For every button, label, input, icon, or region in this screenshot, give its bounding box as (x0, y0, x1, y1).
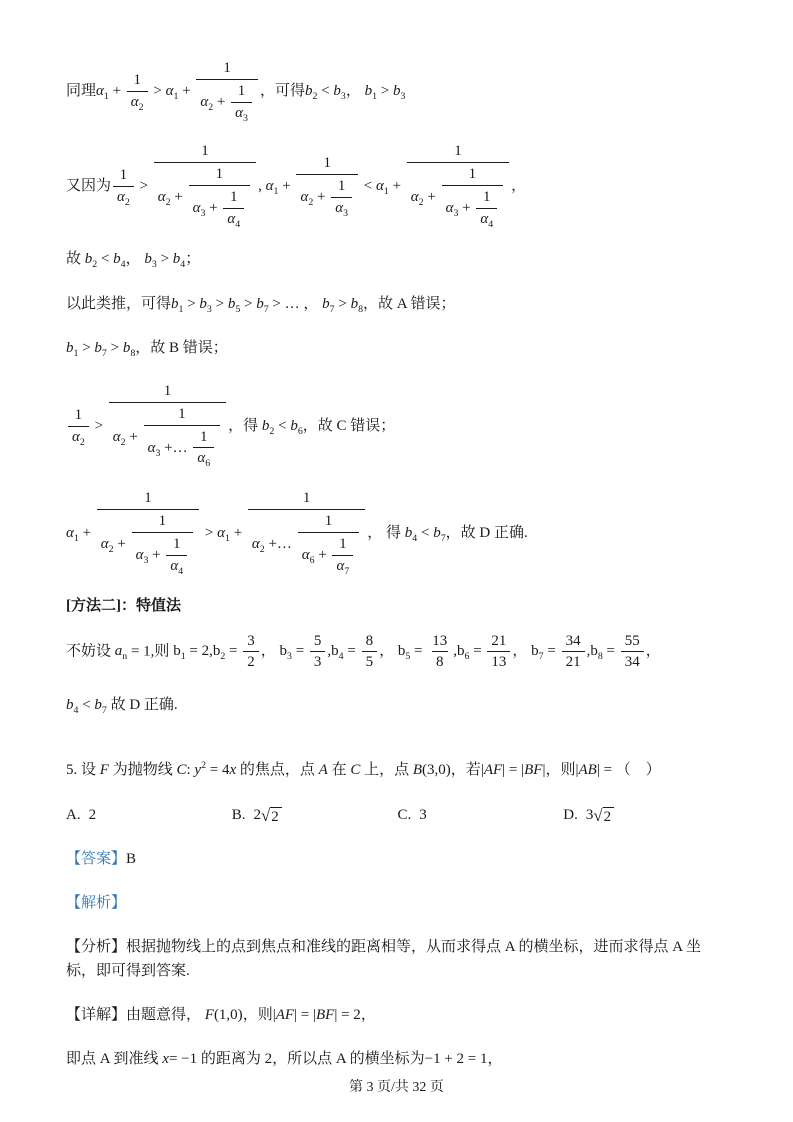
math-text: 2 (604, 809, 612, 825)
math-var: α1 (66, 525, 79, 541)
math-text: > (201, 525, 217, 541)
fraction-numerator: 1 (71, 405, 87, 426)
line-youyinwei: 又因为1α2 > 1α2 + 1α3 + 1α4, α1 + 1α2 + 1α3… (66, 141, 729, 232)
math-var: BF (524, 762, 542, 778)
var-letter: α (376, 178, 384, 194)
var-subscript: 3 (243, 112, 248, 123)
fraction-numerator: 1 (299, 488, 315, 509)
math-var: b3 (199, 296, 211, 312)
math-text: + (458, 199, 474, 218)
fraction-denominator: α2 + 1α3 + 1α4 (154, 162, 256, 232)
math-text: > (91, 418, 107, 434)
math-var: α3 (148, 439, 161, 459)
var-letter: α (252, 536, 260, 552)
math-var: b3 (393, 83, 405, 99)
math-formula: b7 > b8 (322, 296, 363, 312)
text-run: （ ） (612, 762, 661, 778)
text-run: ，故 C 错误； (303, 418, 396, 434)
math-text: 5 (366, 653, 374, 672)
var-subscript: 3 (343, 208, 348, 219)
fraction-denominator: α3 + 1α4 (189, 185, 251, 232)
math-text: > (377, 83, 393, 99)
text-run: ，可得 (260, 83, 305, 99)
math-fraction: 85 (362, 631, 378, 674)
text-run: ， (488, 1051, 503, 1067)
line-tezhi: 不妨设 an = 1,则 b1 = 2,b2 = 32， b3 = 53,b4 … (66, 631, 729, 674)
var-letter: AF (276, 1007, 294, 1023)
var-letter: x (162, 1051, 169, 1067)
math-var: b2 (305, 83, 317, 99)
fraction-numerator: 1 (160, 381, 176, 402)
math-formula: 1α2 > 1α2 + 1α3 + 1α4, α1 + 1α2 + 1α3 < … (111, 178, 526, 194)
math-formula: an = 1, (115, 643, 155, 659)
text-run: 不妨设 (66, 643, 115, 659)
fraction-numerator: 1 (335, 534, 351, 555)
math-text: + (171, 188, 187, 207)
math-var: C (176, 762, 186, 778)
text-run: 故 D 正确. (107, 697, 178, 713)
math-formula: |AB| = (575, 762, 612, 778)
math-var: b2 (213, 643, 225, 659)
var-letter: α (302, 547, 310, 563)
var-letter: A (319, 762, 328, 778)
math-var: α1 (166, 83, 179, 99)
math-text: ， (261, 643, 280, 659)
var-letter: b (199, 296, 207, 312)
math-var: α7 (336, 557, 349, 577)
text-run: 又因为 (66, 178, 111, 194)
math-text: 1 (159, 512, 167, 531)
math-var: b3 (280, 643, 292, 659)
fraction-numerator: 1 (226, 187, 242, 208)
math-text: 1 (338, 177, 346, 196)
math-var: α1 (376, 178, 389, 194)
math-text: = 1, (127, 643, 154, 659)
fraction-numerator: 21 (487, 631, 510, 652)
math-text: 3 (247, 632, 255, 651)
var-letter: F (100, 762, 109, 778)
option-A: A.2 (66, 804, 232, 827)
math-var: α4 (227, 210, 240, 230)
fraction-denominator: α2 (127, 91, 148, 114)
math-text: +… (160, 439, 191, 458)
math-text: < (360, 178, 376, 194)
math-text: 2 (254, 807, 262, 823)
math-var: α2 (117, 188, 130, 208)
math-text: + (313, 188, 329, 207)
var-subscript: 4 (235, 219, 240, 230)
var-letter: C (176, 762, 186, 778)
math-formula: C: y2 = 4x (176, 762, 236, 778)
math-text: > (183, 296, 199, 312)
text-run: ，得 (228, 418, 262, 434)
math-var: b1 (66, 340, 78, 356)
math-var: B (413, 762, 422, 778)
fraction-denominator: α4 (223, 208, 244, 231)
fraction-numerator: 1 (129, 70, 145, 91)
math-fraction: 2113 (487, 631, 510, 674)
line-tongli: 同理α1 + 1α2 > α1 + 1α2 + 1α3，可得b2 < b3， b… (66, 58, 729, 125)
option-label: C. (398, 807, 412, 823)
math-fraction: 5534 (621, 631, 644, 674)
math-fraction: 1α3 + 1α4 (189, 164, 251, 231)
math-fraction: 32 (243, 631, 259, 674)
math-text: ， (379, 643, 398, 659)
math-var: α1 (266, 178, 279, 194)
text-run: 为抛物线 (109, 762, 177, 778)
var-letter: b (590, 643, 598, 659)
fraction-denominator: α2 + 1α3 (296, 174, 358, 221)
fraction-numerator: 1 (321, 511, 337, 532)
var-letter: b (94, 340, 102, 356)
math-text: 8 (436, 653, 444, 672)
radicand: 2 (603, 807, 615, 826)
math-text: + (114, 535, 130, 554)
math-text: 3 (419, 807, 427, 823)
math-var: b4 (331, 643, 343, 659)
fraction-numerator: 1 (140, 488, 156, 509)
math-fraction: 1α6 (193, 427, 214, 471)
math-text: (1,0) (214, 1007, 243, 1023)
var-letter: α (113, 429, 121, 445)
option-label: A. (66, 807, 81, 823)
math-text: + (424, 188, 440, 207)
math-text: = −1 (169, 1051, 197, 1067)
math-var: y2 (194, 762, 206, 778)
math-formula: |AF| = |BF| (481, 762, 546, 778)
math-fraction: 1α2 (127, 70, 148, 114)
math-text: 1 (120, 166, 128, 185)
math-text: 1 (339, 535, 347, 554)
math-text: + (126, 428, 142, 447)
option-value: 2 (89, 807, 97, 823)
fraction-denominator: α2 + 1α3 (196, 79, 258, 126)
fraction-numerator: 3 (243, 631, 259, 652)
math-var: b6 (457, 643, 469, 659)
math-text: 3 (314, 653, 322, 672)
math-text: 1 (324, 154, 332, 173)
math-fraction: 3421 (562, 631, 585, 674)
math-var: b2 (262, 418, 274, 434)
var-letter: α (411, 189, 419, 205)
math-var: b6 (290, 418, 302, 434)
option-B: B.2√2 (232, 804, 398, 827)
math-text: 55 (625, 632, 640, 651)
math-text: 34 (625, 653, 640, 672)
math-var: b7 (94, 340, 106, 356)
math-text: 2 (247, 653, 255, 672)
text-run: 则 (154, 643, 173, 659)
math-text: 1 (216, 165, 224, 184)
math-var: F (205, 1007, 214, 1023)
math-var: b5 (228, 296, 240, 312)
math-text: + (315, 546, 331, 565)
fraction-denominator: α6 + 1α7 (298, 532, 360, 579)
fraction-numerator: 1 (197, 141, 213, 162)
math-fraction: 1α4 (223, 187, 244, 231)
math-text: +… (265, 535, 296, 554)
math-text: 34 (566, 632, 581, 651)
math-text: | = 2 (334, 1007, 360, 1023)
math-formula: |AF| = |BF| = 2 (273, 1007, 361, 1023)
text-run: 【解析】 (66, 895, 126, 911)
text-run: 【答案】 (66, 851, 126, 867)
line-b1b7b8: b1 > b7 > b8，故 B 错误； (66, 337, 729, 360)
text-run: 同理 (66, 83, 96, 99)
math-var: b3 (144, 251, 156, 267)
math-text: = (410, 643, 426, 659)
math-var: α6 (302, 546, 315, 566)
text-run: ，则 (545, 762, 575, 778)
math-text: ， (512, 643, 531, 659)
math-var: b1 (171, 296, 183, 312)
line-c-formula: 1α2 > 1α2 + 1α3 +… 1α6，得 b2 < b6，故 C 错误； (66, 381, 729, 472)
var-letter: AF (484, 762, 502, 778)
math-text: 21 (491, 632, 506, 651)
var-subscript: 2 (80, 437, 85, 448)
math-formula: b4 < b7 (405, 525, 446, 541)
math-var: α4 (480, 210, 493, 230)
line-yicileitui: 以此类推，可得b1 > b3 > b5 > b7 > … ， b7 > b8，故… (66, 293, 729, 316)
fraction-numerator: 1 (155, 511, 171, 532)
math-var: α3 (136, 546, 149, 566)
fraction-denominator: α3 + 1α4 (132, 532, 194, 579)
var-letter: α (66, 525, 74, 541)
fraction-denominator: α3 (331, 197, 352, 220)
math-formula: b3 > b4 (144, 251, 185, 267)
math-text: + (79, 525, 95, 541)
var-letter: α (72, 429, 80, 445)
math-text: = 4 (206, 762, 229, 778)
line-xiangjie: 【详解】由题意得， F(1,0)，则|AF| = |BF| = 2， (66, 1004, 729, 1027)
math-var: AF (276, 1007, 294, 1023)
fraction-denominator: α6 (193, 447, 214, 470)
math-text: ， (646, 643, 661, 659)
fraction-numerator: 1 (212, 164, 228, 185)
math-text: + (230, 525, 246, 541)
math-var: α2 (252, 535, 265, 555)
math-fraction: 1α4 (166, 534, 187, 578)
var-subscript: 4 (488, 219, 493, 230)
math-text: 8 (366, 632, 374, 651)
var-subscript: 7 (344, 566, 349, 577)
fraction-denominator: 13 (487, 651, 510, 673)
math-formula: b1 > b3 (365, 83, 406, 99)
text-run: ，若 (451, 762, 481, 778)
math-text: + (213, 93, 229, 112)
math-var: b8 (590, 643, 602, 659)
var-letter: b (144, 251, 152, 267)
math-text: , (258, 178, 266, 194)
math-formula: −1 + 2 = 1 (425, 1051, 488, 1067)
math-text: + (389, 178, 405, 194)
fraction-denominator: α2 + 1α3 + 1α4 (407, 162, 509, 232)
line-jiexi: 【解析】 (66, 892, 729, 915)
text-run: ， (300, 296, 323, 312)
math-var: α2 (72, 428, 85, 448)
text-run: 的焦点，点 (236, 762, 319, 778)
math-text: 1 (144, 489, 152, 508)
line-answer: 【答案】B (66, 848, 729, 871)
math-text: 1 (173, 535, 181, 554)
var-letter: b (433, 525, 441, 541)
math-text: | = (597, 762, 612, 778)
math-var: b2 (85, 251, 97, 267)
math-var: b4 (173, 251, 185, 267)
math-fraction: 1α7 (332, 534, 353, 578)
math-fraction: 1α2 +… 1α6 + 1α7 (248, 488, 365, 579)
math-var: α2 (411, 188, 424, 208)
line-method2: [方法二]：特值法 (66, 595, 729, 618)
math-formula: b1 > b7 > b8 (66, 340, 135, 356)
math-text: ， (511, 178, 526, 194)
var-letter: α (117, 189, 125, 205)
var-letter: α (266, 178, 274, 194)
math-text: + (178, 83, 194, 99)
text-run: ，故 A 错误； (363, 296, 456, 312)
option-label: B. (232, 807, 246, 823)
math-var: α2 (158, 188, 171, 208)
var-letter: b (256, 296, 264, 312)
math-text: < (78, 697, 94, 713)
var-subscript: 4 (178, 566, 183, 577)
math-var: AB (579, 762, 597, 778)
line-gu-b2b4: 故 b2 < b4， b3 > b4； (66, 248, 729, 271)
fraction-denominator: α4 (166, 555, 187, 578)
var-letter: AB (579, 762, 597, 778)
math-text: | = | (294, 1007, 316, 1023)
math-text: = 2, (186, 643, 213, 659)
math-fraction: 138 (428, 631, 451, 674)
math-text: > … (269, 296, 300, 312)
math-formula: F (100, 762, 109, 778)
math-var: b3 (333, 83, 345, 99)
math-text: = (469, 643, 485, 659)
math-fraction: 1α2 + 1α3 +… 1α6 (109, 381, 226, 472)
math-var: α2 (131, 93, 144, 113)
text-run: ， (361, 1007, 376, 1023)
math-formula: b1 = 2,b2 = 32， b3 = 53,b4 = 85， b5 = 13… (173, 643, 661, 659)
math-formula: b1 > b3 > b5 > b7 > … (171, 296, 300, 312)
var-subscript: 2 (125, 197, 130, 208)
math-text: 2 (89, 807, 97, 823)
math-var: C (350, 762, 360, 778)
page-number: 第 3 页/共 32 页 (349, 1080, 444, 1095)
math-var: α3 (335, 199, 348, 219)
math-var: α1 (217, 525, 230, 541)
math-var: b8 (351, 296, 363, 312)
math-formula: B(3,0) (413, 762, 451, 778)
fraction-numerator: 1 (219, 58, 235, 79)
var-letter: b (322, 296, 330, 312)
fraction-numerator: 1 (169, 534, 185, 555)
fraction-numerator: 1 (465, 164, 481, 185)
math-text: = (544, 643, 560, 659)
text-run: ， (126, 251, 145, 267)
math-fraction: 1α2 + 1α3 (196, 58, 258, 125)
math-fraction: 1α3 +… 1α6 (144, 404, 221, 471)
math-text: 5 (314, 632, 322, 651)
math-text: > (150, 83, 166, 99)
text-run: 在 (328, 762, 351, 778)
math-text: −1 + 2 = 1 (425, 1051, 488, 1067)
radical-icon: √ (261, 807, 270, 825)
text-run: B (126, 851, 136, 867)
math-fraction: 1α2 + 1α3 + 1α4 (154, 141, 256, 232)
math-fraction: 1α2 + 1α3 + 1α4 (97, 488, 199, 579)
fraction-numerator: 1 (334, 176, 350, 197)
var-letter: b (351, 296, 359, 312)
line-options: A.2B.2√2C.3D.3√2 (66, 804, 729, 827)
fraction-denominator: 34 (621, 651, 644, 673)
var-subscript: 6 (205, 458, 210, 469)
fraction-denominator: α2 + 1α3 + 1α4 (97, 509, 199, 579)
math-var: F (100, 762, 109, 778)
math-formula: x= −1 (162, 1051, 197, 1067)
var-letter: α (131, 94, 139, 110)
math-var: b8 (123, 340, 135, 356)
fraction-numerator: 8 (362, 631, 378, 652)
math-text: + (148, 546, 164, 565)
math-fraction: 1α4 (476, 187, 497, 231)
math-formula: b4 < b7 (66, 697, 107, 713)
math-text: 1 (483, 188, 491, 207)
math-text: 1 (201, 142, 209, 161)
math-var: b7 (256, 296, 268, 312)
math-formula: b2 < b3 (305, 83, 346, 99)
math-text: = (603, 643, 619, 659)
var-letter: α (217, 525, 225, 541)
math-text: = (225, 643, 241, 659)
math-formula: α1 + 1α2 > α1 + 1α2 + 1α3 (96, 83, 260, 99)
math-var: b1 (365, 83, 377, 99)
math-var: α3 (193, 199, 206, 219)
option-label: D. (563, 807, 578, 823)
line-b4b7: b4 < b7 故 D 正确. (66, 694, 729, 717)
var-letter: α (235, 105, 243, 121)
math-text: 2 (271, 809, 279, 825)
var-letter: b (173, 643, 181, 659)
math-sqrt: √2 (593, 807, 614, 826)
text-run: ，则 (243, 1007, 273, 1023)
math-var: an (115, 643, 127, 659)
math-fraction: 1α2 + 1α3 + 1α4 (407, 141, 509, 232)
math-text: > (136, 178, 152, 194)
math-var: x (162, 1051, 169, 1067)
var-letter: b (365, 83, 373, 99)
math-var: α2 (300, 188, 313, 208)
fraction-denominator: α2 (68, 426, 89, 449)
fraction-numerator: 34 (562, 631, 585, 652)
math-var: b7 (94, 697, 106, 713)
math-text: | = | (502, 762, 524, 778)
math-text: < (317, 83, 333, 99)
math-formula: C (350, 762, 360, 778)
fraction-numerator: 55 (621, 631, 644, 652)
text-run: ， 得 (367, 525, 405, 541)
fraction-denominator: 5 (362, 651, 378, 673)
var-letter: α (335, 200, 343, 216)
math-text: > (335, 296, 351, 312)
math-text: 1 (223, 59, 231, 78)
math-fraction: 1α3 + 1α4 (442, 164, 504, 231)
math-fraction: 1α3 + 1α4 (132, 511, 194, 578)
math-formula: b2 < b4 (85, 251, 126, 267)
math-fraction: 1α2 + 1α3 (296, 153, 358, 220)
option-value: 3√2 (586, 807, 614, 823)
math-fraction: 1α3 (331, 176, 352, 220)
math-var: BF (316, 1007, 334, 1023)
